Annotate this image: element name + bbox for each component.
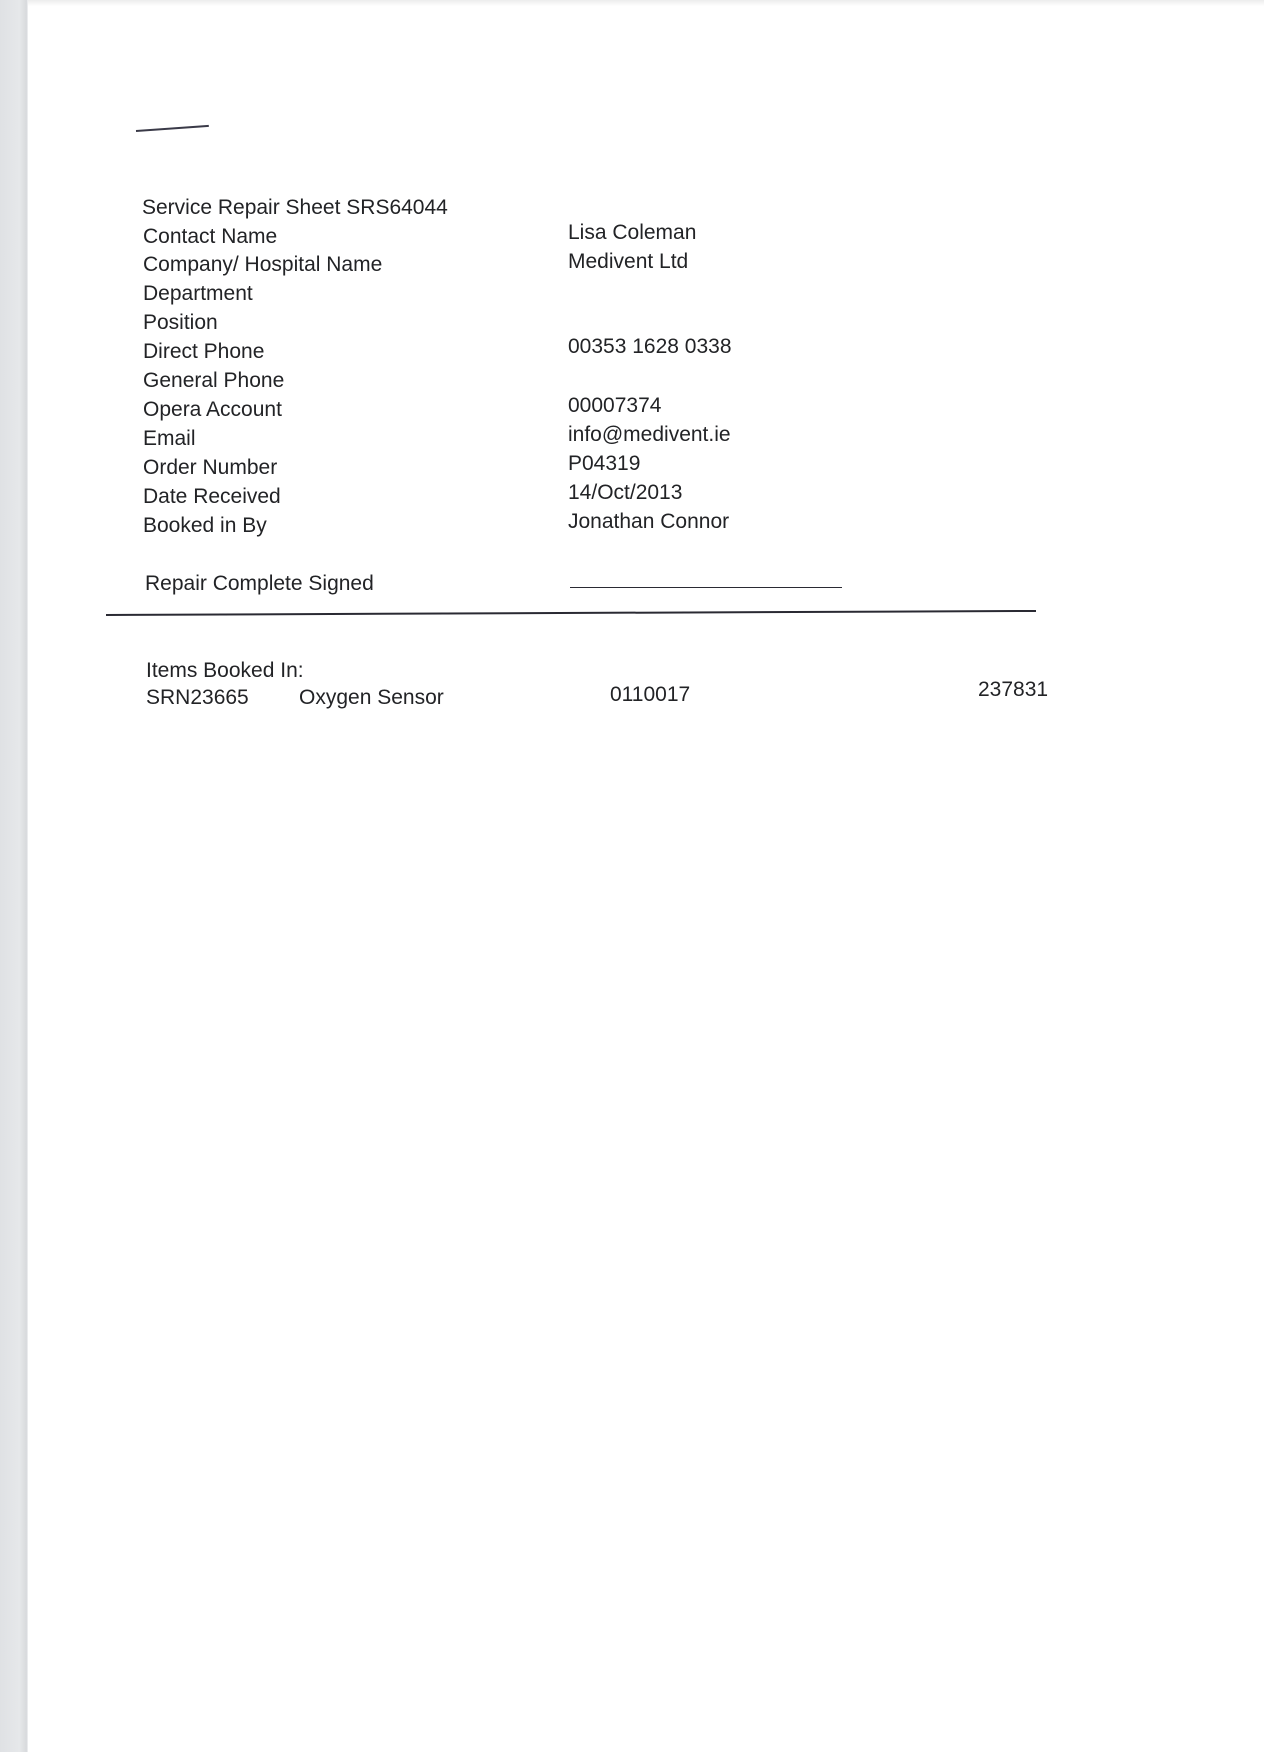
item-serial: 237831 — [978, 678, 1048, 702]
signature-label: Repair Complete Signed — [145, 572, 374, 596]
value-company-name: Medivent Ltd — [568, 250, 688, 274]
scan-shadow-top — [28, 0, 1264, 6]
item-description: Oxygen Sensor — [299, 686, 444, 710]
value-date-received: 14/Oct/2013 — [568, 481, 682, 505]
item-part-number: 0110017 — [610, 683, 690, 707]
label-booked-in-by: Booked in By — [143, 514, 267, 538]
label-department: Department — [143, 282, 253, 306]
section-divider — [106, 610, 1036, 616]
value-opera-account: 00007374 — [568, 394, 661, 418]
value-order-number: P04319 — [568, 452, 640, 476]
label-general-phone: General Phone — [143, 369, 284, 393]
label-position: Position — [143, 311, 218, 335]
items-heading: Items Booked In: — [146, 659, 304, 683]
label-date-received: Date Received — [143, 485, 281, 509]
label-order-number: Order Number — [143, 456, 277, 480]
label-opera-account: Opera Account — [143, 398, 282, 422]
pen-mark — [136, 125, 209, 132]
label-company-name: Company/ Hospital Name — [143, 253, 382, 277]
document-title: Service Repair Sheet SRS64044 — [142, 196, 448, 220]
value-booked-in-by: Jonathan Connor — [568, 510, 729, 534]
scan-shadow-edge — [0, 0, 28, 1752]
value-email: info@medivent.ie — [568, 423, 731, 447]
label-direct-phone: Direct Phone — [143, 340, 264, 364]
label-email: Email — [143, 427, 196, 451]
item-srn: SRN23665 — [146, 686, 249, 710]
value-direct-phone: 00353 1628 0338 — [568, 335, 732, 359]
label-contact-name: Contact Name — [143, 225, 277, 249]
value-contact-name: Lisa Coleman — [568, 221, 696, 245]
signature-line — [570, 587, 842, 588]
